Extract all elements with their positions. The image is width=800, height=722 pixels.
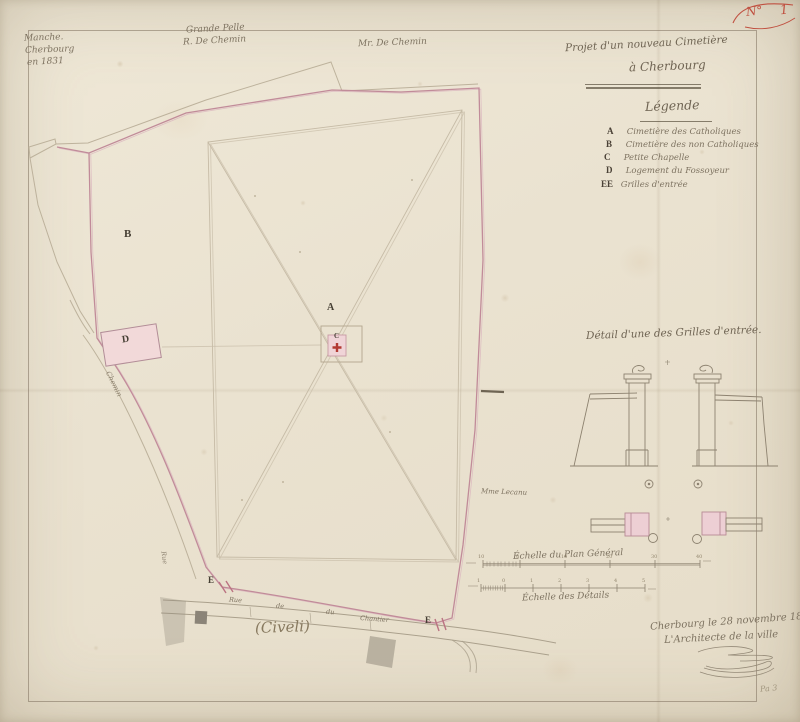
legend-key: C [604, 152, 621, 162]
scale-tick: 10 [561, 554, 567, 560]
title-rule-bottom [586, 87, 701, 89]
legend-label: Cimetière des non Catholiques [626, 140, 759, 150]
road-word: Rue [229, 597, 242, 605]
scale-bars [466, 560, 711, 592]
boundary-benchmark [481, 391, 504, 392]
plan-marker-e1: E [208, 575, 214, 585]
plan-title-line2: à Cherbourg [629, 59, 706, 75]
corner-pencil-mark: Pa 3 [760, 683, 778, 694]
legend-item-a: A Cimetière des Catholiques [607, 126, 741, 137]
scale-tick: 0 [502, 578, 505, 584]
plan-marker-d: D [121, 334, 130, 346]
scale-tick: 1 [530, 578, 533, 584]
plan-sheet: N° 1 Manche. Cherbourg en 1831 Grande Pe… [0, 0, 800, 722]
title-rule-top [585, 84, 701, 85]
scale-tick: 4 [614, 578, 617, 584]
roadside-wash-center [366, 636, 396, 668]
scale-tick: 1 [477, 578, 480, 584]
legend-item-c: C Petite Chapelle [604, 152, 689, 163]
legend-key: B [606, 139, 623, 149]
scale-tick: 10 [478, 554, 484, 560]
scale-tick: 40 [696, 554, 702, 560]
scale-tick: 5 [642, 578, 645, 584]
roadside-building [195, 611, 208, 625]
legend-item-b: B Cimetière des non Catholiques [606, 139, 759, 150]
legend-heading: Légende [645, 98, 700, 114]
sheet-number-value: 1 [779, 3, 789, 19]
road-word: de [276, 603, 285, 611]
scale-tick: 3 [586, 578, 589, 584]
scale-tick: 0 [516, 554, 519, 560]
legend-label: Grilles d'entrée [621, 180, 688, 190]
plan-marker-c: C [334, 332, 339, 340]
legend-label: Petite Chapelle [624, 153, 690, 163]
legend-key: D [606, 165, 623, 175]
archive-note-line3: en 1831 [27, 56, 64, 68]
scale-tick: 30 [651, 554, 657, 560]
sheet-number-stamp: N° [745, 3, 763, 19]
plan-marker-a: A [327, 302, 334, 313]
legend-label: Cimetière des Catholiques [627, 127, 741, 137]
road-script-name: (Civeli) [255, 618, 311, 637]
scale-tick: 2 [558, 578, 561, 584]
roadside-wash-left [160, 597, 186, 646]
scale-tick: 20 [606, 554, 612, 560]
legend-label: Logement du Fossoyeur [626, 166, 729, 176]
gate-detail-elevations [570, 360, 778, 488]
archive-note-line2: Cherbourg [25, 44, 75, 56]
inner-paths [162, 110, 465, 562]
road-word: du [326, 609, 335, 617]
gate-detail-plans [591, 512, 762, 544]
legend-rule [640, 121, 712, 122]
legend-key: A [607, 126, 624, 136]
legend-item-ee: EE Grilles d'entrée [601, 179, 688, 190]
neighbor-label-right: Mme Lecanu [481, 487, 527, 497]
legend-key: EE [601, 179, 618, 189]
left-road-label-2: Rue [159, 551, 168, 565]
legend-item-d: D Logement du Fossoyeur [606, 165, 729, 176]
gravedigger-house [101, 324, 162, 366]
architect-signature [698, 647, 774, 678]
archive-note-line1: Manche. [24, 32, 64, 44]
plan-marker-b: B [124, 228, 131, 240]
plan-marker-e2: E [425, 615, 431, 625]
